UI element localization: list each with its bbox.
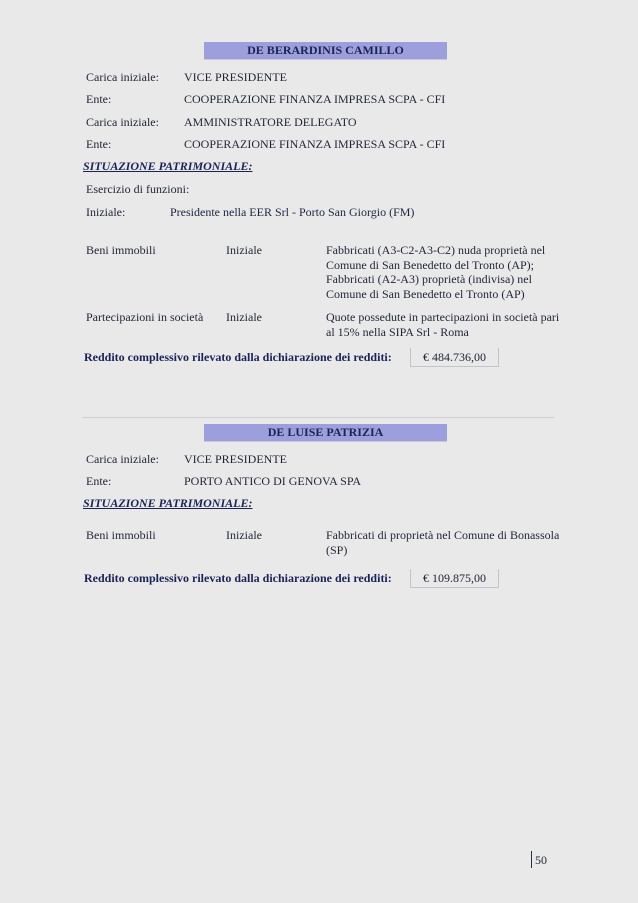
reddito-amount: € 109.875,00 (410, 569, 499, 588)
esercizio-label: Esercizio di funzioni: (86, 182, 189, 197)
asset-type: Beni immobili (86, 528, 156, 543)
role-label: Carica iniziale: (86, 452, 159, 467)
reddito-label: Reddito complessivo rilevato dalla dichi… (84, 571, 392, 586)
page-number: 50 (535, 853, 547, 868)
entity-value: COOPERAZIONE FINANZA IMPRESA SCPA - CFI (184, 92, 445, 107)
section-divider (82, 417, 554, 418)
role-value: VICE PRESIDENTE (184, 70, 287, 85)
reddito-label: Reddito complessivo rilevato dalla dichi… (84, 350, 392, 365)
asset-type: Partecipazioni in società (86, 310, 203, 325)
situazione-heading: SITUAZIONE PATRIMONIALE: (83, 496, 252, 511)
asset-type: Beni immobili (86, 243, 156, 258)
asset-phase: Iniziale (226, 243, 262, 258)
asset-description: Fabbricati di proprietà nel Comune di Bo… (326, 528, 562, 557)
role-value: AMMINISTRATORE DELEGATO (184, 115, 357, 130)
role-label: Carica iniziale: (86, 115, 159, 130)
entity-label: Ente: (86, 92, 111, 107)
entity-label: Ente: (86, 137, 111, 152)
iniziale-value: Presidente nella EER Srl - Porto San Gio… (170, 205, 414, 220)
asset-phase: Iniziale (226, 528, 262, 543)
entity-value: PORTO ANTICO DI GENOVA SPA (184, 474, 361, 489)
entity-label: Ente: (86, 474, 111, 489)
reddito-amount: € 484.736,00 (410, 348, 499, 367)
role-value: VICE PRESIDENTE (184, 452, 287, 467)
iniziale-label: Iniziale: (86, 205, 125, 220)
page-number-divider (531, 851, 532, 868)
asset-description: Fabbricati (A3-C2-A3-C2) nuda proprietà … (326, 243, 562, 301)
asset-description: Quote possedute in partecipazioni in soc… (326, 310, 562, 339)
person-name-header: DE BERARDINIS CAMILLO (204, 42, 447, 60)
person-name-header: DE LUISE PATRIZIA (204, 424, 447, 442)
role-label: Carica iniziale: (86, 70, 159, 85)
asset-phase: Iniziale (226, 310, 262, 325)
entity-value: COOPERAZIONE FINANZA IMPRESA SCPA - CFI (184, 137, 445, 152)
situazione-heading: SITUAZIONE PATRIMONIALE: (83, 159, 252, 174)
